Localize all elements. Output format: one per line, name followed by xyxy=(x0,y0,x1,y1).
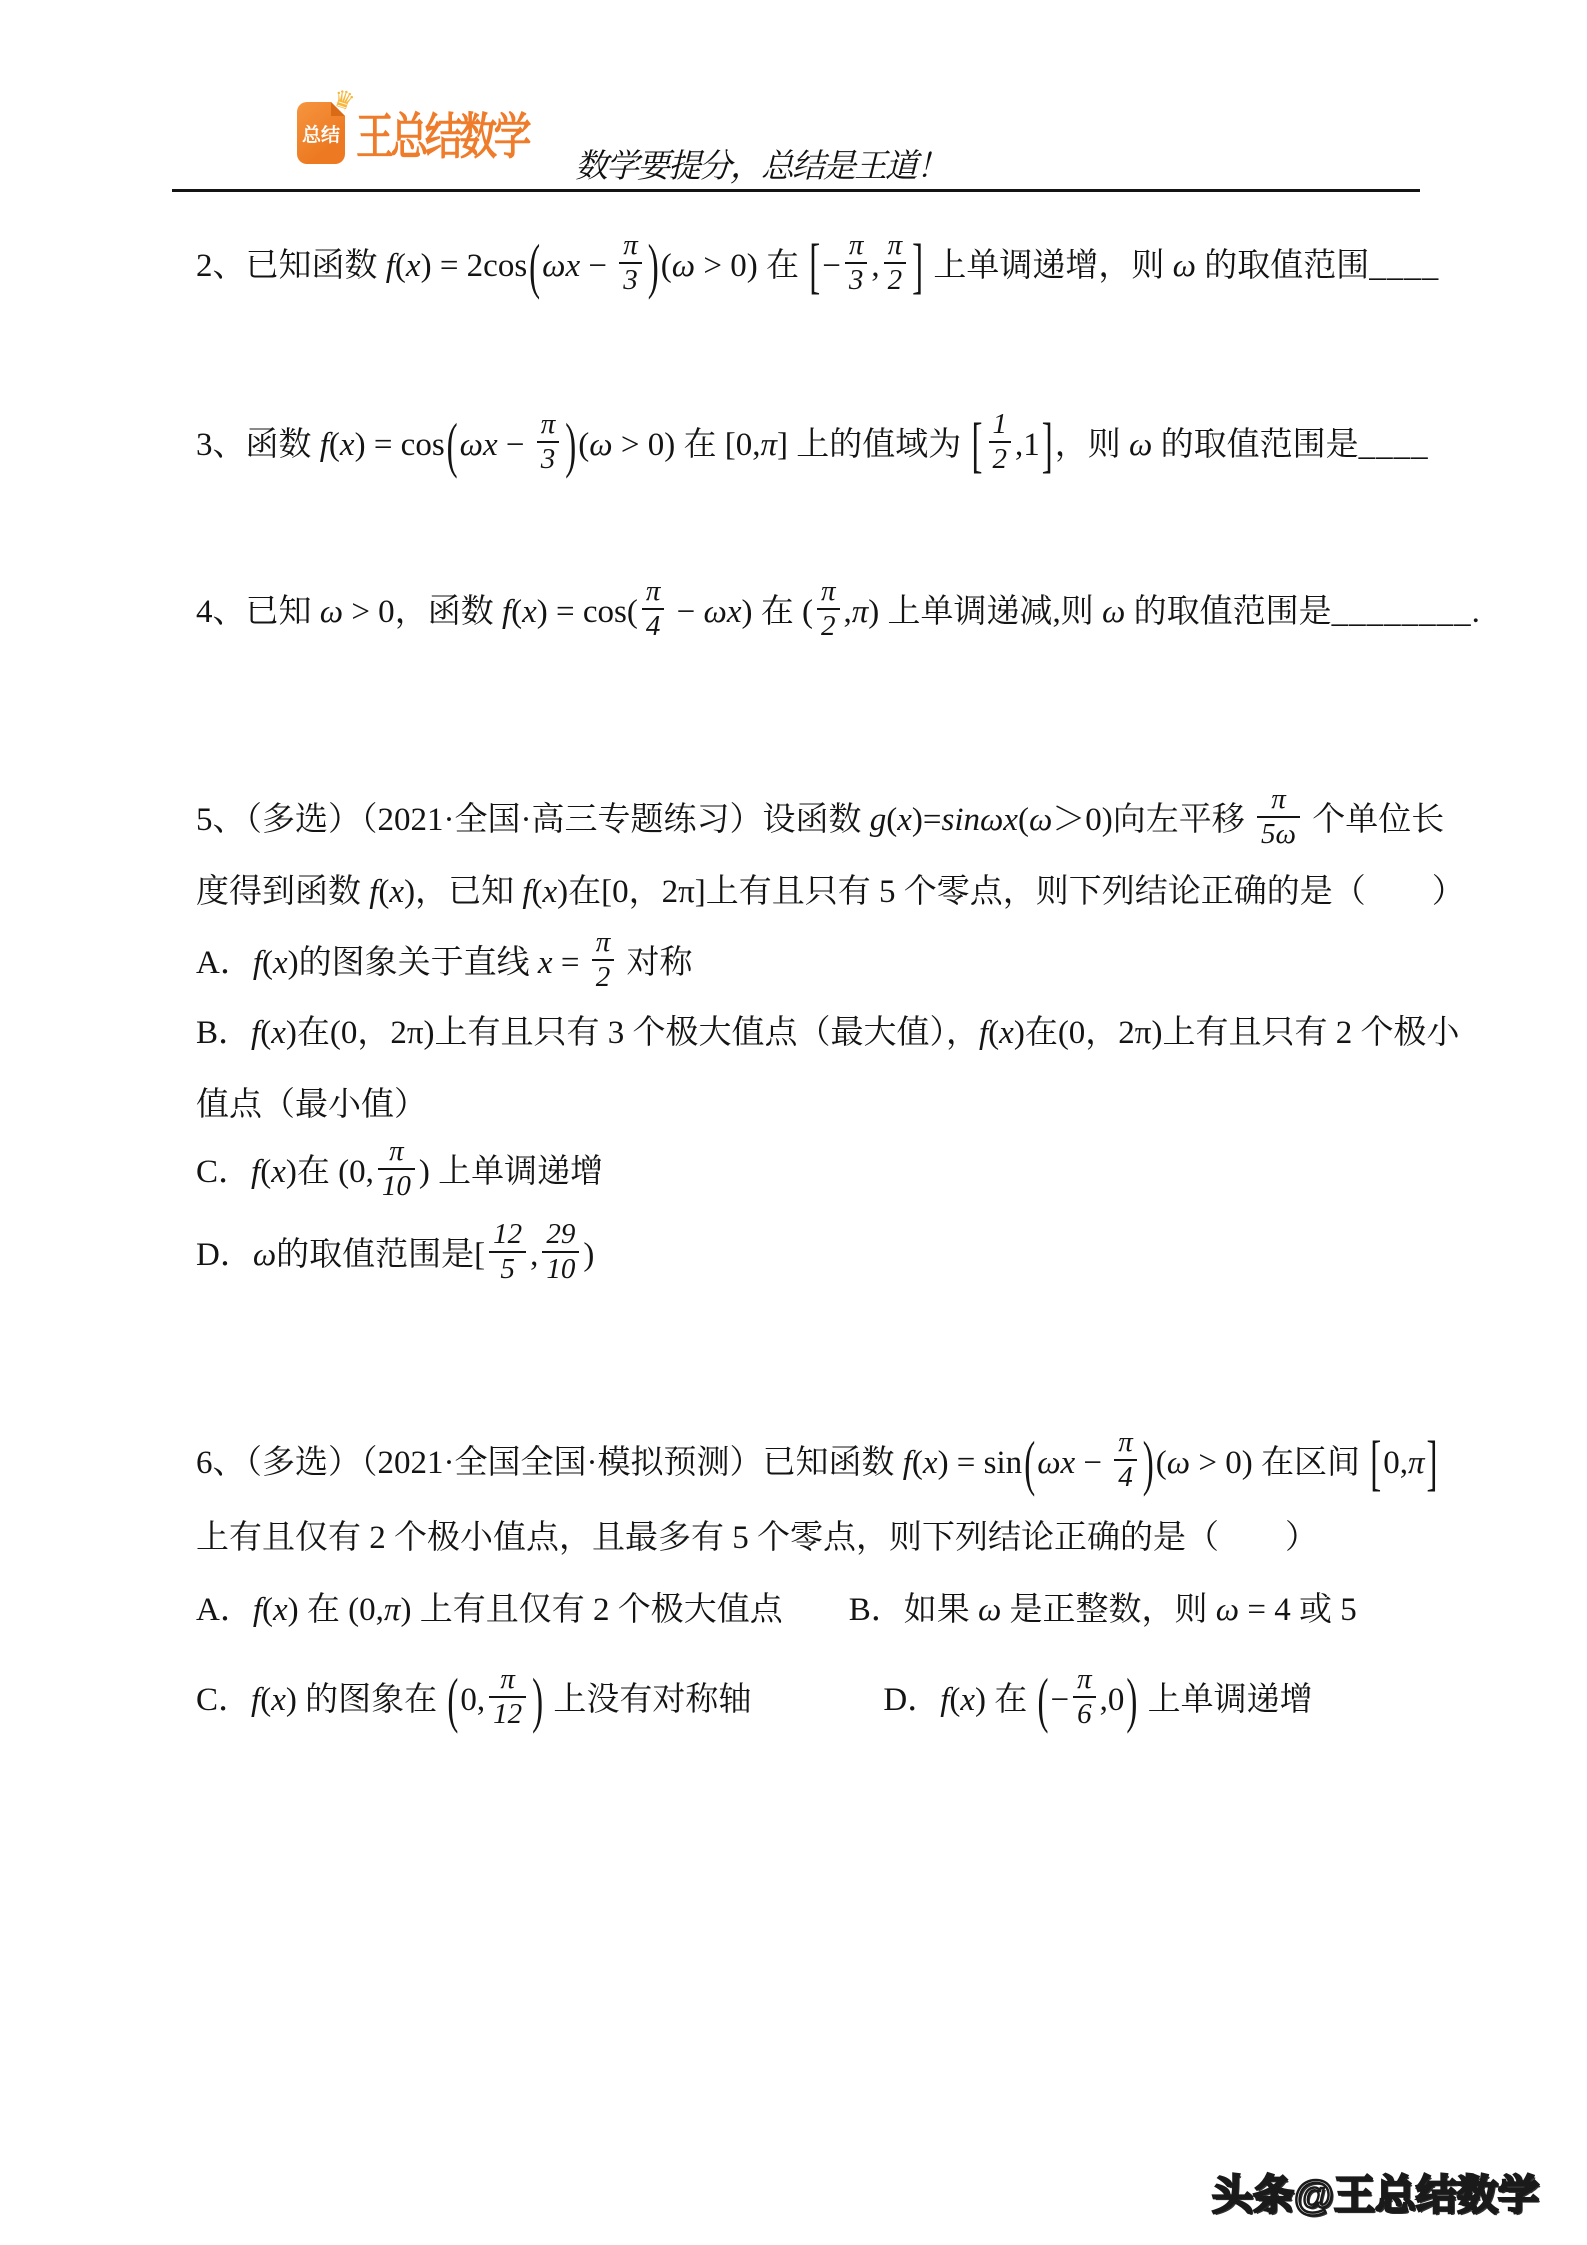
fraction-numerator: 1 xyxy=(989,408,1012,443)
math-italic-run: ω xyxy=(1216,1592,1239,1628)
math-italic-run: ω xyxy=(672,248,695,284)
text-run: 6、（多选）（2021·全国全国·模拟预测）已知函数 xyxy=(196,1445,903,1481)
big-delimiter: ] xyxy=(1042,380,1053,513)
text-run: 上的值域为 xyxy=(796,427,969,463)
math-upright-run: ( xyxy=(329,427,340,463)
fraction: π2 xyxy=(884,229,907,297)
question-5-option-d: D．ω的取值范围是[125,2910) xyxy=(196,1219,1466,1291)
math-upright-run: ( xyxy=(1156,1445,1167,1481)
math-upright-run: ) = 2cos xyxy=(421,248,528,284)
math-upright-run: ( xyxy=(262,1592,273,1628)
math-upright-run: ( xyxy=(912,1445,923,1481)
math-upright-run: ) xyxy=(286,1682,305,1718)
text-run: ，已知 xyxy=(415,874,522,910)
math-upright-run: ( xyxy=(802,594,813,630)
fraction-numerator: π xyxy=(592,926,615,961)
math-upright-run: > 0) xyxy=(1190,1445,1261,1481)
answer-blank: ________ xyxy=(1332,594,1472,630)
math-upright-run: ) xyxy=(741,594,760,630)
fraction-denominator: 3 xyxy=(845,264,868,297)
math-upright-run: ) = sin xyxy=(938,1445,1023,1481)
math-italic-run: ω xyxy=(1102,594,1125,630)
question-4: 4、已知 ω > 0，函数 f(x) = cos(π4 − ωx) 在 (π2,… xyxy=(196,576,1480,648)
fraction: 2910 xyxy=(542,1218,579,1286)
math-italic-run: x xyxy=(389,874,404,910)
fraction-numerator: 12 xyxy=(489,1218,526,1253)
big-delimiter: ) xyxy=(1143,1398,1154,1531)
answer-blank: ____ xyxy=(1359,427,1429,463)
math-upright-run: A． xyxy=(196,1592,253,1628)
fraction-denominator: 3 xyxy=(619,264,642,297)
math-upright-run: ( xyxy=(511,594,522,630)
math-italic-run: ω xyxy=(978,1592,1001,1628)
question-5-option-a: A．f(x)的图象关于直线 x = π2 对称 xyxy=(196,927,1466,999)
math-italic-run: f xyxy=(979,1015,988,1051)
text-run: 或 5 xyxy=(1299,1592,1357,1628)
math-italic-run: x xyxy=(538,945,553,981)
text-run: 上单调递增 xyxy=(438,1154,603,1190)
math-italic-run: x xyxy=(543,874,558,910)
math-upright-run: > 0 xyxy=(343,594,395,630)
math-upright-run: − xyxy=(1051,1682,1070,1718)
math-upright-run: ) xyxy=(868,594,887,630)
math-italic-run: f xyxy=(502,594,511,630)
fraction: π2 xyxy=(592,926,615,994)
text-run: 是正整数，则 xyxy=(1001,1592,1216,1628)
fraction-numerator: π xyxy=(1114,1426,1137,1461)
math-italic-run: x xyxy=(960,1682,975,1718)
big-delimiter: [ xyxy=(809,201,820,334)
text-run: 3、函数 xyxy=(196,427,320,463)
text-run: 上单调递增，则 xyxy=(925,248,1173,284)
math-upright-run: ) = cos( xyxy=(537,594,638,630)
text-run: 的取值范围是 xyxy=(1125,594,1331,630)
question-6-options-ab: A．f(x) 在 (0,π) 上有且仅有 2 个极大值点 B．如果 ω 是正整数… xyxy=(196,1574,1357,1646)
math-italic-run: f xyxy=(251,1154,260,1190)
math-upright-run: , xyxy=(844,594,852,630)
fraction-denominator: 4 xyxy=(1114,1461,1137,1494)
math-upright-run: ( xyxy=(260,1154,271,1190)
answer-blank: ____ xyxy=(1369,248,1439,284)
math-upright-run: ) xyxy=(583,1237,594,1273)
math-upright-run: ) xyxy=(419,1154,438,1190)
text-run: 在 xyxy=(683,427,724,463)
math-italic-run: x xyxy=(340,427,355,463)
text-run: 4、已知 xyxy=(196,594,320,630)
fraction: π3 xyxy=(845,229,868,297)
text-run: 的取值范围是 xyxy=(1152,427,1358,463)
text-run: 上有且仅有 2 个极大值点 B．如果 xyxy=(420,1592,978,1628)
math-italic-run: x xyxy=(406,248,421,284)
math-upright-run: ( xyxy=(378,874,389,910)
text-run: 2、已知函数 xyxy=(196,248,386,284)
question-5-option-c: C．f(x)在 (0,π10) 上单调递增 xyxy=(196,1136,1466,1208)
math-upright-run: ,0 xyxy=(1100,1682,1125,1718)
crown-icon: ♛ xyxy=(330,83,359,116)
fraction-denominator: 2 xyxy=(592,961,615,994)
math-italic-run: x xyxy=(271,1015,286,1051)
text-run: 在 xyxy=(994,1682,1035,1718)
text-run: 的取值范围 xyxy=(1196,248,1369,284)
text-run: 的图象在 xyxy=(305,1682,445,1718)
text-run: ，则 xyxy=(1055,427,1129,463)
text-run: 在[0，2π]上有且只有 5 个零点，则下列结论正确的是（ ） xyxy=(568,874,1465,910)
fraction-denominator: 2 xyxy=(989,443,1012,476)
math-upright-run: ( xyxy=(661,248,672,284)
fraction-numerator: π xyxy=(1073,1663,1096,1698)
math-italic-run: f xyxy=(253,1592,262,1628)
math-upright-run: ( xyxy=(886,802,897,838)
math-italic-run: ω xyxy=(253,1237,276,1273)
math-upright-run: )= xyxy=(912,802,942,838)
big-delimiter: ( xyxy=(447,1635,458,1768)
fraction: π5ω xyxy=(1257,783,1300,851)
fraction-numerator: π xyxy=(642,575,665,610)
fraction: 125 xyxy=(489,1218,526,1286)
math-upright-run: > 0) xyxy=(613,427,684,463)
fraction-numerator: π xyxy=(817,575,840,610)
fraction-numerator: π xyxy=(845,229,868,264)
fraction-numerator: π xyxy=(489,1663,526,1698)
math-italic-run: ωx xyxy=(460,427,498,463)
big-delimiter: ) xyxy=(565,380,576,513)
math-upright-run: ) xyxy=(557,874,568,910)
math-upright-run: [0, xyxy=(725,427,761,463)
math-upright-run: − xyxy=(498,427,533,463)
math-upright-run: ) xyxy=(975,1682,994,1718)
math-upright-run: , xyxy=(530,1237,538,1273)
big-delimiter: ( xyxy=(447,380,458,513)
brand-wordmark: 王总结数学 xyxy=(356,106,528,166)
big-delimiter: ] xyxy=(912,201,923,334)
math-upright-run: − xyxy=(580,248,615,284)
math-italic-run: f xyxy=(940,1682,949,1718)
fraction-denominator: 2 xyxy=(884,264,907,297)
fraction-numerator: π xyxy=(378,1135,415,1170)
big-delimiter: [ xyxy=(972,380,983,513)
math-upright-run: B． xyxy=(196,1015,251,1051)
math-italic-run: ω xyxy=(320,594,343,630)
math-upright-run: > 0) xyxy=(695,248,766,284)
math-upright-run: ( xyxy=(532,874,543,910)
math-italic-run: π xyxy=(852,594,869,630)
math-upright-run: . xyxy=(1472,594,1480,630)
math-upright-run: = 4 xyxy=(1239,1592,1299,1628)
math-upright-run: 0, xyxy=(1383,1445,1408,1481)
math-upright-run: ) = cos xyxy=(355,427,445,463)
fraction: π10 xyxy=(378,1135,415,1203)
math-italic-run: f xyxy=(386,248,395,284)
math-upright-run: (0, xyxy=(348,1592,384,1628)
fraction-denominator: 10 xyxy=(378,1170,415,1203)
header-divider xyxy=(172,189,1420,192)
math-italic-run: f xyxy=(522,874,531,910)
worksheet-page: ♛ 总结 王总结数学 数学要提分，总结是王道！ 2、已知函数 f(x) = 2c… xyxy=(0,0,1587,2245)
math-italic-run: f xyxy=(253,945,262,981)
big-delimiter: ) xyxy=(1126,1635,1137,1768)
math-upright-run: ) xyxy=(404,874,415,910)
fraction-numerator: π xyxy=(537,408,560,443)
math-upright-run: ( xyxy=(1018,802,1029,838)
question-6-stem: 6、（多选）（2021·全国全国·模拟预测）已知函数 f(x) = sin(ωx… xyxy=(196,1427,1466,1574)
text-run: 向左平移 xyxy=(1113,802,1253,838)
text-run: 的图象关于直线 xyxy=(299,945,538,981)
math-italic-run: sinωx xyxy=(942,802,1018,838)
fraction-denominator: 10 xyxy=(542,1253,579,1286)
math-italic-run: ωx xyxy=(704,594,742,630)
math-upright-run: A． xyxy=(196,945,253,981)
fraction-denominator: 2 xyxy=(817,610,840,643)
question-5-option-b: B．f(x)在(0，2π)上有且只有 3 个极大值点（最大值），f(x)在(0，… xyxy=(196,997,1466,1141)
math-italic-run: f xyxy=(251,1015,260,1051)
question-2: 2、已知函数 f(x) = 2cos(ωx − π3)(ω > 0) 在 [−π… xyxy=(196,230,1439,305)
text-run: ，函数 xyxy=(395,594,502,630)
big-delimiter: ( xyxy=(1024,1398,1035,1531)
question-5-stem: 5、（多选）（2021·全国·高三专题练习）设函数 g(x)=sinωx(ω＞0… xyxy=(196,784,1466,928)
header-slogan: 数学要提分，总结是王道！ xyxy=(575,140,947,187)
math-upright-run: ] xyxy=(777,427,796,463)
math-upright-run: ( xyxy=(260,1682,271,1718)
math-italic-run: f xyxy=(320,427,329,463)
math-italic-run: ω xyxy=(1029,802,1052,838)
math-upright-run: ( xyxy=(260,1015,271,1051)
math-italic-run: ω xyxy=(1167,1445,1190,1481)
text-run: 在(0，2π)上有且只有 3 个极大值点（最大值）， xyxy=(297,1015,979,1051)
math-italic-run: x xyxy=(897,802,912,838)
math-italic-run: f xyxy=(903,1445,912,1481)
fraction: π4 xyxy=(642,575,665,643)
math-italic-run: ω xyxy=(589,427,612,463)
fraction-numerator: π xyxy=(884,229,907,264)
math-italic-run: x xyxy=(999,1015,1014,1051)
math-upright-run: ( xyxy=(949,1682,960,1718)
fraction: 12 xyxy=(989,408,1012,476)
fraction: π12 xyxy=(489,1663,526,1731)
math-upright-run: ) xyxy=(286,1015,297,1051)
math-italic-run: x xyxy=(923,1445,938,1481)
text-run: 在 xyxy=(761,594,802,630)
fraction: π4 xyxy=(1114,1426,1137,1494)
math-upright-run: − xyxy=(1075,1445,1110,1481)
big-delimiter: ( xyxy=(1038,1635,1049,1768)
fraction-numerator: π xyxy=(619,229,642,264)
fraction: π3 xyxy=(537,408,560,476)
text-run: 对称 xyxy=(618,945,692,981)
math-upright-run: D． xyxy=(196,1237,253,1273)
math-italic-run: x xyxy=(271,1682,286,1718)
text-run: 在 xyxy=(307,1592,348,1628)
big-delimiter: ( xyxy=(529,201,540,334)
question-6-options-cd: C．f(x) 的图象在 (0,π12) 上没有对称轴 D．f(x) 在 (−π6… xyxy=(196,1664,1313,1739)
math-upright-run: C． xyxy=(196,1154,251,1190)
math-upright-run: ＞0) xyxy=(1052,802,1113,838)
logo-badge-text: 总结 xyxy=(302,120,340,147)
fraction-denominator: 5 xyxy=(489,1253,526,1286)
question-3: 3、函数 f(x) = cos(ωx − π3)(ω > 0) 在 [0,π] … xyxy=(196,409,1429,484)
math-upright-run: ) xyxy=(286,1154,297,1190)
math-italic-run: ωx xyxy=(1037,1445,1075,1481)
math-upright-run: ) xyxy=(400,1592,419,1628)
math-italic-run: g xyxy=(870,802,887,838)
fraction-denominator: 5ω xyxy=(1257,818,1300,851)
math-italic-run: f xyxy=(251,1682,260,1718)
text-run: 上单调递增 xyxy=(1139,1682,1312,1718)
math-italic-run: x xyxy=(522,594,537,630)
fraction: π6 xyxy=(1073,1663,1096,1731)
math-upright-run: ( xyxy=(262,945,273,981)
text-run: 上没有对称轴 D． xyxy=(545,1682,940,1718)
math-upright-run: = xyxy=(553,945,588,981)
math-upright-run: ) xyxy=(1014,1015,1025,1051)
fraction-denominator: 3 xyxy=(537,443,560,476)
math-upright-run: ) xyxy=(288,1592,307,1628)
footer-watermark: 头条@王总结数学 xyxy=(1212,2162,1539,2221)
math-upright-run: ( xyxy=(395,248,406,284)
brand-logo-icon: ♛ 总结 xyxy=(297,102,345,164)
fraction-denominator: 6 xyxy=(1073,1698,1096,1731)
text-run: 的取值范围是[ xyxy=(276,1237,485,1273)
big-delimiter: ) xyxy=(532,1635,543,1768)
math-upright-run: ( xyxy=(988,1015,999,1051)
text-run: 在区间 xyxy=(1261,1445,1368,1481)
big-delimiter: ) xyxy=(648,201,659,334)
math-italic-run: ωx xyxy=(542,248,580,284)
math-italic-run: π xyxy=(760,427,777,463)
math-italic-run: π xyxy=(384,1592,401,1628)
fraction-numerator: 29 xyxy=(542,1218,579,1253)
math-italic-run: ω xyxy=(1129,427,1152,463)
text-run: 在 (0, xyxy=(297,1154,374,1190)
math-italic-run: π xyxy=(1408,1445,1425,1481)
math-upright-run: ,1 xyxy=(1015,427,1040,463)
fraction: π3 xyxy=(619,229,642,297)
text-run: 上单调递减,则 xyxy=(888,594,1103,630)
math-upright-run: ) xyxy=(288,945,299,981)
fraction: π2 xyxy=(817,575,840,643)
math-italic-run: x xyxy=(273,1592,288,1628)
big-delimiter: ] xyxy=(1427,1398,1438,1531)
math-upright-run: − xyxy=(668,594,703,630)
math-upright-run: 0, xyxy=(460,1682,485,1718)
math-italic-run: x xyxy=(271,1154,286,1190)
math-upright-run: , xyxy=(871,248,879,284)
text-run: 5、（多选）（2021·全国·高三专题练习）设函数 xyxy=(196,802,870,838)
fraction-numerator: π xyxy=(1257,783,1300,818)
math-upright-run: − xyxy=(822,248,841,284)
math-italic-run: ω xyxy=(1173,248,1196,284)
fraction-denominator: 4 xyxy=(642,610,665,643)
math-upright-run: ( xyxy=(578,427,589,463)
fraction-denominator: 12 xyxy=(489,1698,526,1731)
big-delimiter: [ xyxy=(1370,1398,1381,1531)
math-italic-run: x xyxy=(273,945,288,981)
text-run: 在 xyxy=(766,248,807,284)
math-upright-run: C． xyxy=(196,1682,251,1718)
